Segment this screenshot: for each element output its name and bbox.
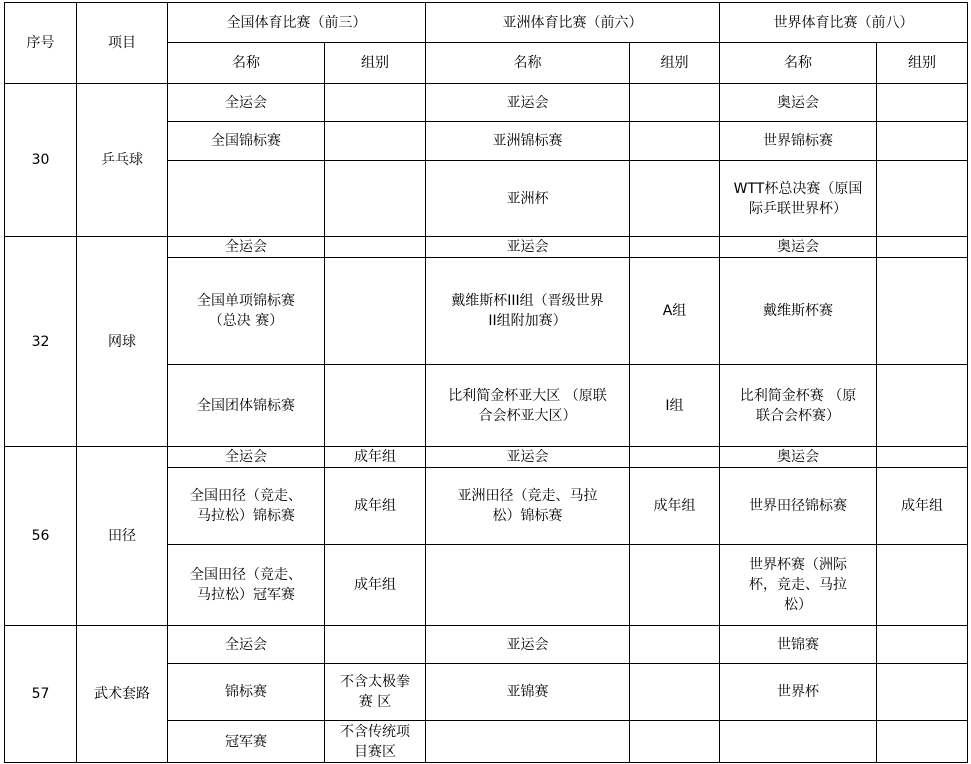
cell-world-name: 世锦赛 xyxy=(720,626,877,664)
cell-national-name xyxy=(168,161,325,237)
cell-asian-category xyxy=(630,161,720,237)
cell-world-category xyxy=(877,161,968,237)
table-row: 57武术套路全运会亚运会世锦赛 xyxy=(5,626,968,664)
cell-asian-name: 亚运会 xyxy=(426,237,630,258)
table-row: 32网球全运会亚运会奥运会 xyxy=(5,237,968,258)
cell-asian-name: 戴维斯杯III组（晋级世界 II组附加赛） xyxy=(426,258,630,365)
cell-asian-name: 亚运会 xyxy=(426,626,630,664)
header-national: 全国体育比赛（前三） xyxy=(168,3,426,43)
sport-item: 乒乓球 xyxy=(77,84,168,237)
cell-national-name: 全运会 xyxy=(168,447,325,468)
header-asian-category: 组别 xyxy=(630,43,720,84)
cell-asian-name: 亚运会 xyxy=(426,84,630,122)
cell-world-name: 奥运会 xyxy=(720,237,877,258)
cell-world-category xyxy=(877,664,968,721)
cell-national-category: 成年组 xyxy=(325,447,426,468)
header-asian: 亚洲体育比赛（前六） xyxy=(426,3,720,43)
cell-national-category xyxy=(325,258,426,365)
cell-asian-category xyxy=(630,545,720,626)
header-world-name: 名称 xyxy=(720,43,877,84)
table-row: 56田径全运会成年组亚运会奥运会 xyxy=(5,447,968,468)
cell-asian-category xyxy=(630,664,720,721)
cell-national-name: 全运会 xyxy=(168,84,325,122)
cell-national-category: 不含传统项 目赛区 xyxy=(325,721,426,763)
cell-world-category xyxy=(877,721,968,763)
header-seq: 序号 xyxy=(5,3,77,84)
sport-seq: 57 xyxy=(5,626,77,763)
cell-national-name: 冠军赛 xyxy=(168,721,325,763)
sport-seq: 32 xyxy=(5,237,77,447)
cell-asian-category: 成年组 xyxy=(630,468,720,545)
sport-item: 田径 xyxy=(77,447,168,626)
cell-asian-category: I组 xyxy=(630,365,720,447)
cell-world-name xyxy=(720,721,877,763)
cell-national-name: 全国锦标赛 xyxy=(168,122,325,161)
cell-asian-category xyxy=(630,122,720,161)
sport-item: 网球 xyxy=(77,237,168,447)
cell-national-category: 成年组 xyxy=(325,468,426,545)
cell-world-name: 奥运会 xyxy=(720,84,877,122)
cell-world-category xyxy=(877,365,968,447)
cell-world-category: 成年组 xyxy=(877,468,968,545)
header-national-name: 名称 xyxy=(168,43,325,84)
cell-national-category: 成年组 xyxy=(325,545,426,626)
cell-world-category xyxy=(877,545,968,626)
cell-world-category xyxy=(877,84,968,122)
cell-world-name: WTT杯总决赛（原国 际乒联世界杯） xyxy=(720,161,877,237)
header-item: 项目 xyxy=(77,3,168,84)
cell-world-category xyxy=(877,258,968,365)
cell-asian-name xyxy=(426,721,630,763)
cell-world-name: 世界杯赛（洲际 杯，竞走、马拉 松） xyxy=(720,545,877,626)
cell-national-category xyxy=(325,365,426,447)
sport-seq: 30 xyxy=(5,84,77,237)
sport-item: 武术套路 xyxy=(77,626,168,763)
cell-world-name: 世界锦标赛 xyxy=(720,122,877,161)
cell-world-name: 奥运会 xyxy=(720,447,877,468)
cell-world-category xyxy=(877,237,968,258)
cell-asian-category: A组 xyxy=(630,258,720,365)
cell-national-name: 全国田径（竞走、 马拉松）锦标赛 xyxy=(168,468,325,545)
cell-asian-category xyxy=(630,84,720,122)
header-asian-name: 名称 xyxy=(426,43,630,84)
cell-national-name: 全国团体锦标赛 xyxy=(168,365,325,447)
cell-asian-name: 亚运会 xyxy=(426,447,630,468)
cell-asian-name: 亚洲田径（竞走、马拉 松）锦标赛 xyxy=(426,468,630,545)
cell-asian-category xyxy=(630,721,720,763)
cell-national-category xyxy=(325,161,426,237)
cell-asian-name: 亚锦赛 xyxy=(426,664,630,721)
cell-national-category xyxy=(325,626,426,664)
table-row: 30乒乓球全运会亚运会奥运会 xyxy=(5,84,968,122)
cell-asian-category xyxy=(630,237,720,258)
cell-asian-name: 亚洲杯 xyxy=(426,161,630,237)
cell-world-category xyxy=(877,122,968,161)
cell-world-name: 世界杯 xyxy=(720,664,877,721)
cell-national-name: 全运会 xyxy=(168,237,325,258)
header-national-category: 组别 xyxy=(325,43,426,84)
cell-national-name: 全国田径（竞走、 马拉松）冠军赛 xyxy=(168,545,325,626)
cell-world-name: 世界田径锦标赛 xyxy=(720,468,877,545)
cell-asian-name: 比利简金杯亚大区 （原联 合会杯亚大区） xyxy=(426,365,630,447)
sport-seq: 56 xyxy=(5,447,77,626)
cell-asian-category xyxy=(630,626,720,664)
cell-national-category: 不含太极拳 赛 区 xyxy=(325,664,426,721)
cell-world-name: 戴维斯杯赛 xyxy=(720,258,877,365)
cell-asian-name xyxy=(426,545,630,626)
cell-national-name: 全运会 xyxy=(168,626,325,664)
cell-national-name: 全国单项锦标赛 （总决 赛） xyxy=(168,258,325,365)
cell-national-name: 锦标赛 xyxy=(168,664,325,721)
header-world: 世界体育比赛（前八） xyxy=(720,3,968,43)
cell-national-category xyxy=(325,122,426,161)
cell-asian-category xyxy=(630,447,720,468)
header-world-category: 组别 xyxy=(877,43,968,84)
cell-world-category xyxy=(877,447,968,468)
competition-table: 序号 项目 全国体育比赛（前三） 亚洲体育比赛（前六） 世界体育比赛（前八） 名… xyxy=(4,2,968,763)
cell-national-category xyxy=(325,84,426,122)
cell-asian-name: 亚洲锦标赛 xyxy=(426,122,630,161)
cell-world-name: 比利简金杯赛 （原 联合会杯赛） xyxy=(720,365,877,447)
cell-national-category xyxy=(325,237,426,258)
cell-world-category xyxy=(877,626,968,664)
